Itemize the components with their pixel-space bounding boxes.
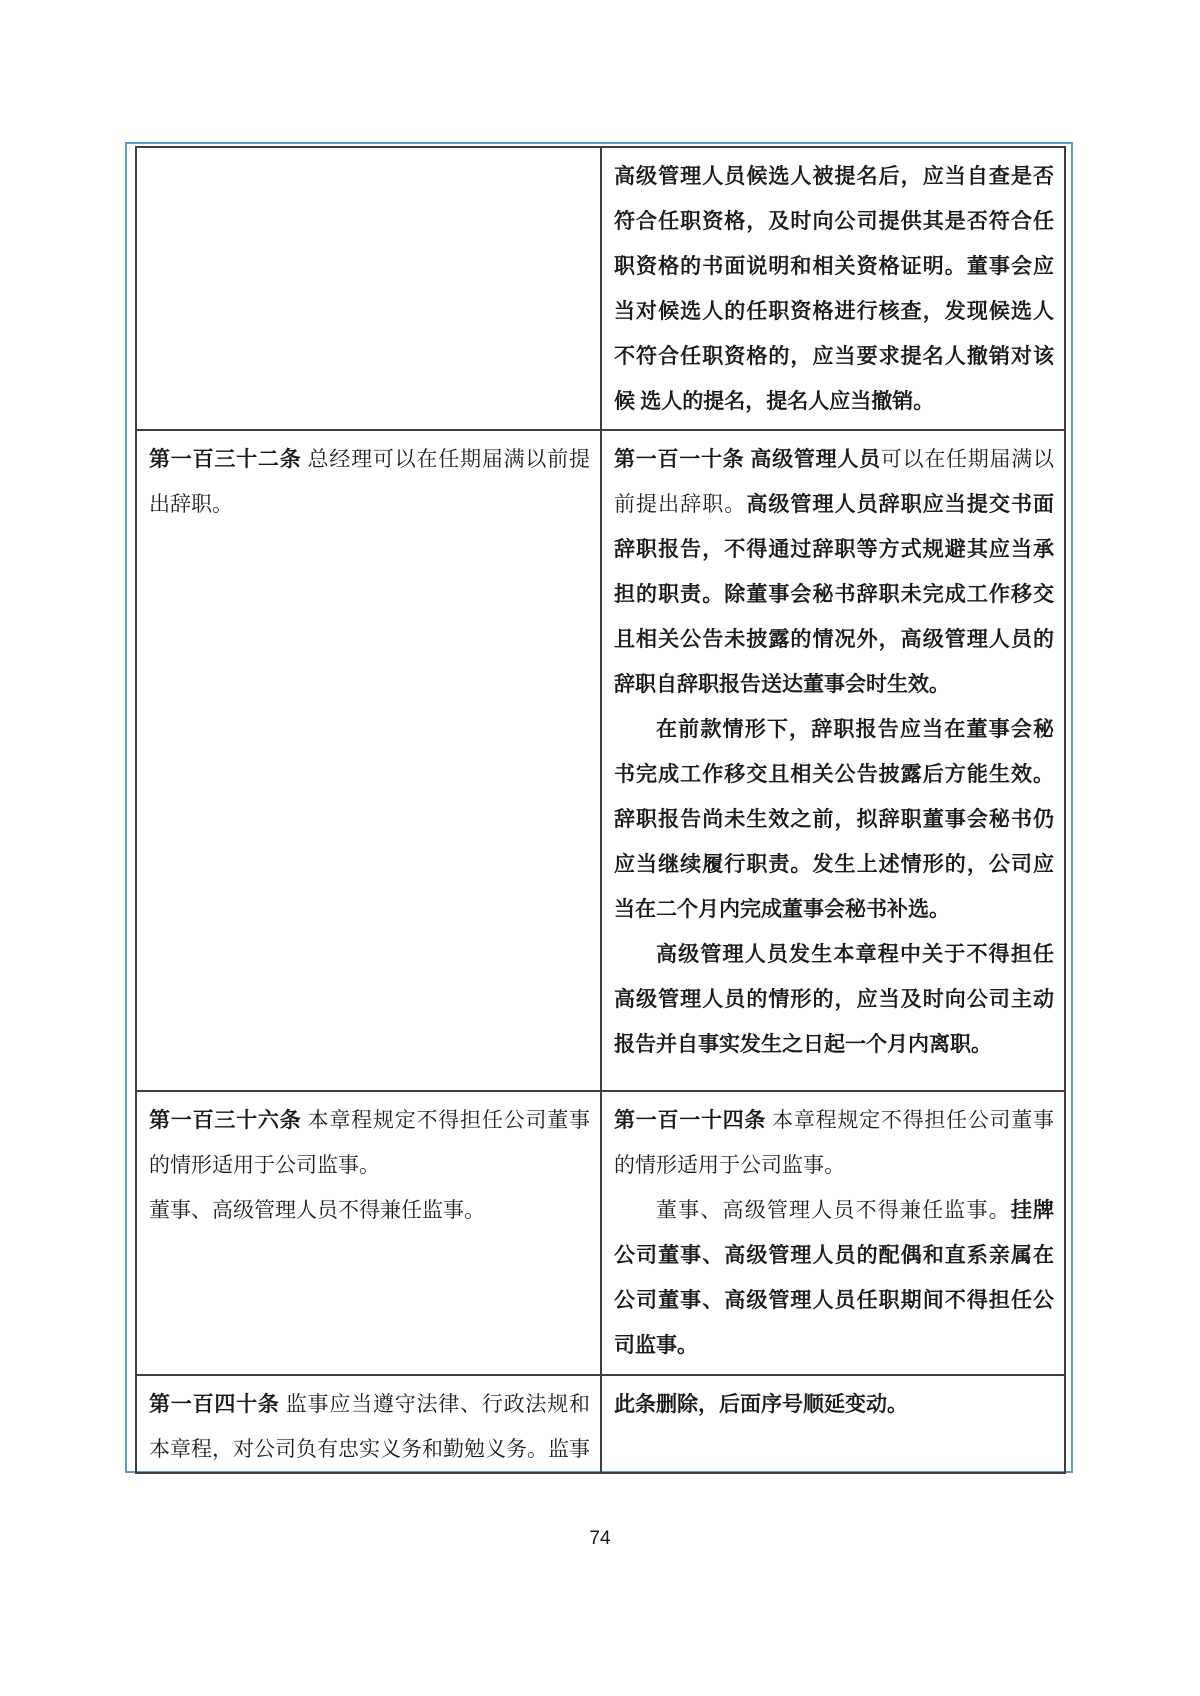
table-row-4: 第一百四十条 监事应当遵守法律、行政法规和本章程，对公司负有忠实义务和勤勉义务。… — [136, 1375, 1065, 1473]
paragraph: 第一百三十二条 总经理可以在任期届满以前提出辞职。 — [149, 437, 590, 527]
text-run-bold: 高级管理人员候选人被提名后，应当自查是否符合任职资格，及时向公司提供其是否符合任… — [614, 164, 1054, 413]
paragraph: 在前款情形下，辞职报告应当在董事会秘书完成工作移交且相关公告披露后方能生效。辞职… — [614, 707, 1054, 932]
text-run-bold: 第一百四十条 — [149, 1392, 280, 1416]
cell-old-article-row4: 第一百四十条 监事应当遵守法律、行政法规和本章程，对公司负有忠实义务和勤勉义务。… — [136, 1375, 601, 1473]
paragraph: 此条删除，后面序号顺延变动。 — [614, 1382, 1054, 1427]
article-comparison-table: 高级管理人员候选人被提名后，应当自查是否符合任职资格，及时向公司提供其是否符合任… — [135, 146, 1066, 1474]
paragraph: 第一百三十六条 本章程规定不得担任公司董事的情形适用于公司监事。 — [149, 1098, 590, 1188]
cell-new-article-row4: 此条删除，后面序号顺延变动。 — [601, 1375, 1065, 1473]
text-run-bold: 此条删除，后面序号顺延变动。 — [614, 1392, 908, 1416]
table-row-3: 第一百三十六条 本章程规定不得担任公司董事的情形适用于公司监事。董事、高级管理人… — [136, 1091, 1065, 1375]
paragraph: 第一百四十条 监事应当遵守法律、行政法规和本章程，对公司负有忠实义务和勤勉义务。… — [149, 1382, 590, 1472]
text-run-bold: 第一百一十四条 — [614, 1108, 766, 1132]
text-run-bold: 第一百三十六条 — [149, 1108, 302, 1132]
cell-old-article-row3: 第一百三十六条 本章程规定不得担任公司董事的情形适用于公司监事。董事、高级管理人… — [136, 1091, 601, 1375]
paragraph: 董事、高级管理人员不得兼任监事。挂牌公司董事、高级管理人员的配偶和直系亲属在公司… — [614, 1188, 1054, 1368]
text-run-bold: 第一百三十二条 — [149, 447, 302, 471]
cell-new-article-row2: 第一百一十条 高级管理人员可以在任期届满以前提出辞职。高级管理人员辞职应当提交书… — [601, 430, 1065, 1091]
paragraph: 董事、高级管理人员不得兼任监事。 — [149, 1188, 590, 1233]
text-run-bold: 高级管理人员发生本章程中关于不得担任高级管理人员的情形的，应当及时向公司主动报告… — [614, 942, 1054, 1056]
text-run-bold: 在前款情形下，辞职报告应当在董事会秘书完成工作移交且相关公告披露后方能生效。辞职… — [614, 717, 1054, 921]
paragraph: 高级管理人员发生本章程中关于不得担任高级管理人员的情形的，应当及时向公司主动报告… — [614, 932, 1054, 1067]
text-run: 董事、高级管理人员不得兼任监事。 — [149, 1198, 485, 1222]
text-run: 董事、高级管理人员不得兼任监事。 — [656, 1198, 1011, 1222]
text-run-bold: 高级管理人员辞职应当提交书面辞职报告，不得通过辞职等方式规避其应当承担的职责。除… — [614, 492, 1054, 696]
text-run-bold: 第一百一十条 高级管理人员 — [614, 447, 881, 471]
table-row-1: 高级管理人员候选人被提名后，应当自查是否符合任职资格，及时向公司提供其是否符合任… — [136, 147, 1065, 430]
cell-old-article-row2: 第一百三十二条 总经理可以在任期届满以前提出辞职。 — [136, 430, 601, 1091]
paragraph: 第一百一十四条 本章程规定不得担任公司董事的情形适用于公司监事。 — [614, 1098, 1054, 1188]
cell-old-article-row1 — [136, 147, 601, 430]
cell-new-article-row1: 高级管理人员候选人被提名后，应当自查是否符合任职资格，及时向公司提供其是否符合任… — [601, 147, 1065, 430]
table-row-2: 第一百三十二条 总经理可以在任期届满以前提出辞职。第一百一十条 高级管理人员可以… — [136, 430, 1065, 1091]
document-page: 高级管理人员候选人被提名后，应当自查是否符合任职资格，及时向公司提供其是否符合任… — [0, 0, 1200, 1696]
cell-new-article-row3: 第一百一十四条 本章程规定不得担任公司董事的情形适用于公司监事。董事、高级管理人… — [601, 1091, 1065, 1375]
page-number: 74 — [0, 1528, 1200, 1550]
paragraph: 高级管理人员候选人被提名后，应当自查是否符合任职资格，及时向公司提供其是否符合任… — [614, 154, 1054, 424]
paragraph: 第一百一十条 高级管理人员可以在任期届满以前提出辞职。高级管理人员辞职应当提交书… — [614, 437, 1054, 707]
